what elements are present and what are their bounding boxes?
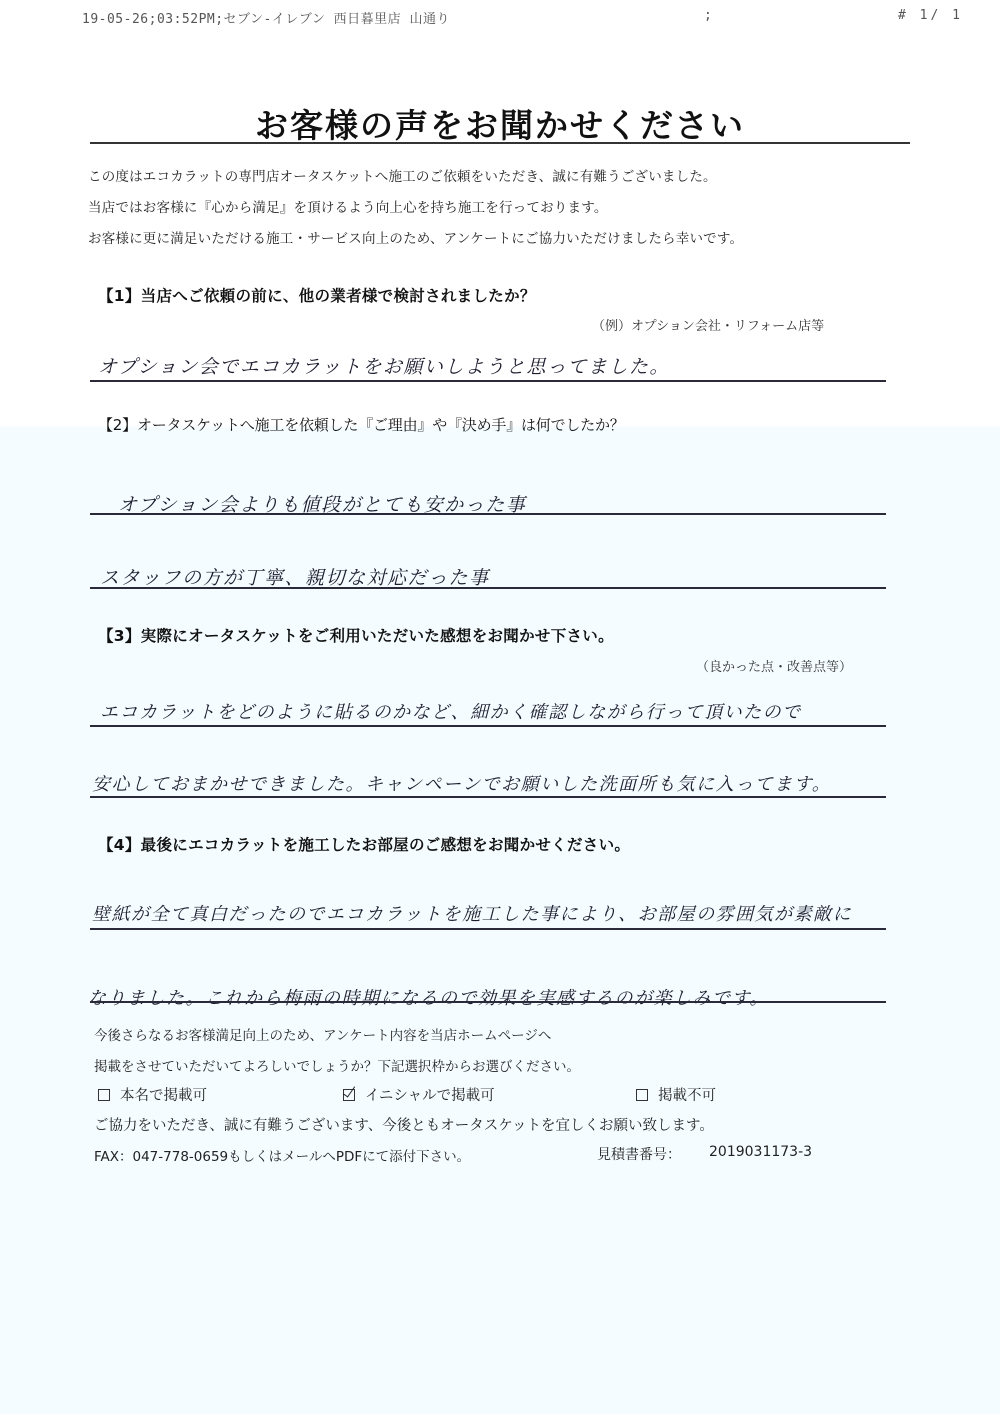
checkbox-icon[interactable] [636,1089,648,1101]
answer-underline [90,1001,886,1003]
option-real-name[interactable]: 本名で掲載可 [98,1084,207,1105]
answer-underline [90,725,886,727]
question-3-answer: 安心しておまかせできました。キャンペーンでお願いした洗面所も気に入ってます。 [92,770,831,796]
question-1-hint: （例）オプション会社・リフォーム店等 [592,315,824,334]
fax-transmission-header: 19-05-26;03:52PM;セブン-イレブン 西日暮里店 山通り [82,8,450,27]
estimate-number: 2019031173-3 [709,1144,812,1164]
option-label: 掲載不可 [658,1084,716,1105]
question-3-heading: 【3】実際にオータスケットをご利用いただいた感想をお聞かせ下さい。 [98,624,614,646]
option-initials[interactable]: イニシャルで掲載可 [343,1084,495,1105]
question-3-hint: （良かった点・改善点等） [696,656,852,675]
answer-underline [90,928,886,930]
checked-checkbox-icon[interactable] [343,1089,355,1101]
option-label: 本名で掲載可 [120,1084,207,1105]
fax-page-number: # 1/ 1 [898,8,963,23]
title-underline [90,142,910,144]
question-1-heading: 【1】当店へご依頼の前に、他の業者様で検討されましたか？ [98,284,536,306]
answer-underline [90,380,886,382]
estimate-label: 見積書番号： [597,1144,681,1164]
intro-line: 当店ではお客様に『心から満足』を頂けるよう向上心を持ち施工を行っております。 [88,196,608,216]
option-label: イニシャルで掲載可 [365,1084,495,1105]
thanks-message: ご協力をいただき、誠に有難うございます、今後ともオータスケットを宜しくお願い致し… [94,1114,714,1135]
answer-underline [90,513,886,515]
fax-separator: ; [704,8,712,23]
intro-line: この度はエコカラットの専門店オータスケットへ施工のご依頼をいただき、誠に有難うご… [88,165,717,185]
intro-line: お客様に更に満足いただける施工・サービス向上のため、アンケートにご協力いただけま… [88,227,743,247]
question-4-answer: なりました。これから梅雨の時期になるので効果を実感するのが楽しみです。 [88,984,769,1010]
question-3-answer: エコカラットをどのように貼るのかなど、細かく確認しながら行って頂いたので [100,698,802,724]
question-4-answer: 壁紙が全て真白だったのでエコカラットを施工した事により、お部屋の雰囲気が素敵に [92,900,852,926]
answer-underline [90,796,886,798]
question-1-answer: オプション会でエコカラットをお願いしようと思ってました。 [98,352,670,379]
question-4-heading: 【4】最後にエコカラットを施工したお部屋のご感想をお聞かせください。 [98,833,630,855]
checkbox-icon[interactable] [98,1089,110,1101]
estimate-number-block: 見積書番号： 2019031173-3 [597,1144,812,1164]
fax-instruction: FAX：047-778-0659もしくはメールへPDFにて添付下さい。 [94,1145,470,1165]
option-no-publish[interactable]: 掲載不可 [636,1084,716,1105]
answer-underline [90,587,886,589]
publish-request-line: 掲載をさせていただいてよろしいでしょうか？下記選択枠からお選びください。 [94,1055,580,1075]
publish-request-line: 今後さらなるお客様満足向上のため、アンケート内容を当店ホームページへ [94,1024,551,1044]
question-2-heading: 【2】オータスケットへ施工を依頼した『ご理由』や『決め手』は何でしたか？ [98,414,625,435]
question-2-answer: スタッフの方が丁寧、親切な対応だった事 [100,563,490,590]
page-title: お客様の声をお聞かせください [0,100,1000,147]
